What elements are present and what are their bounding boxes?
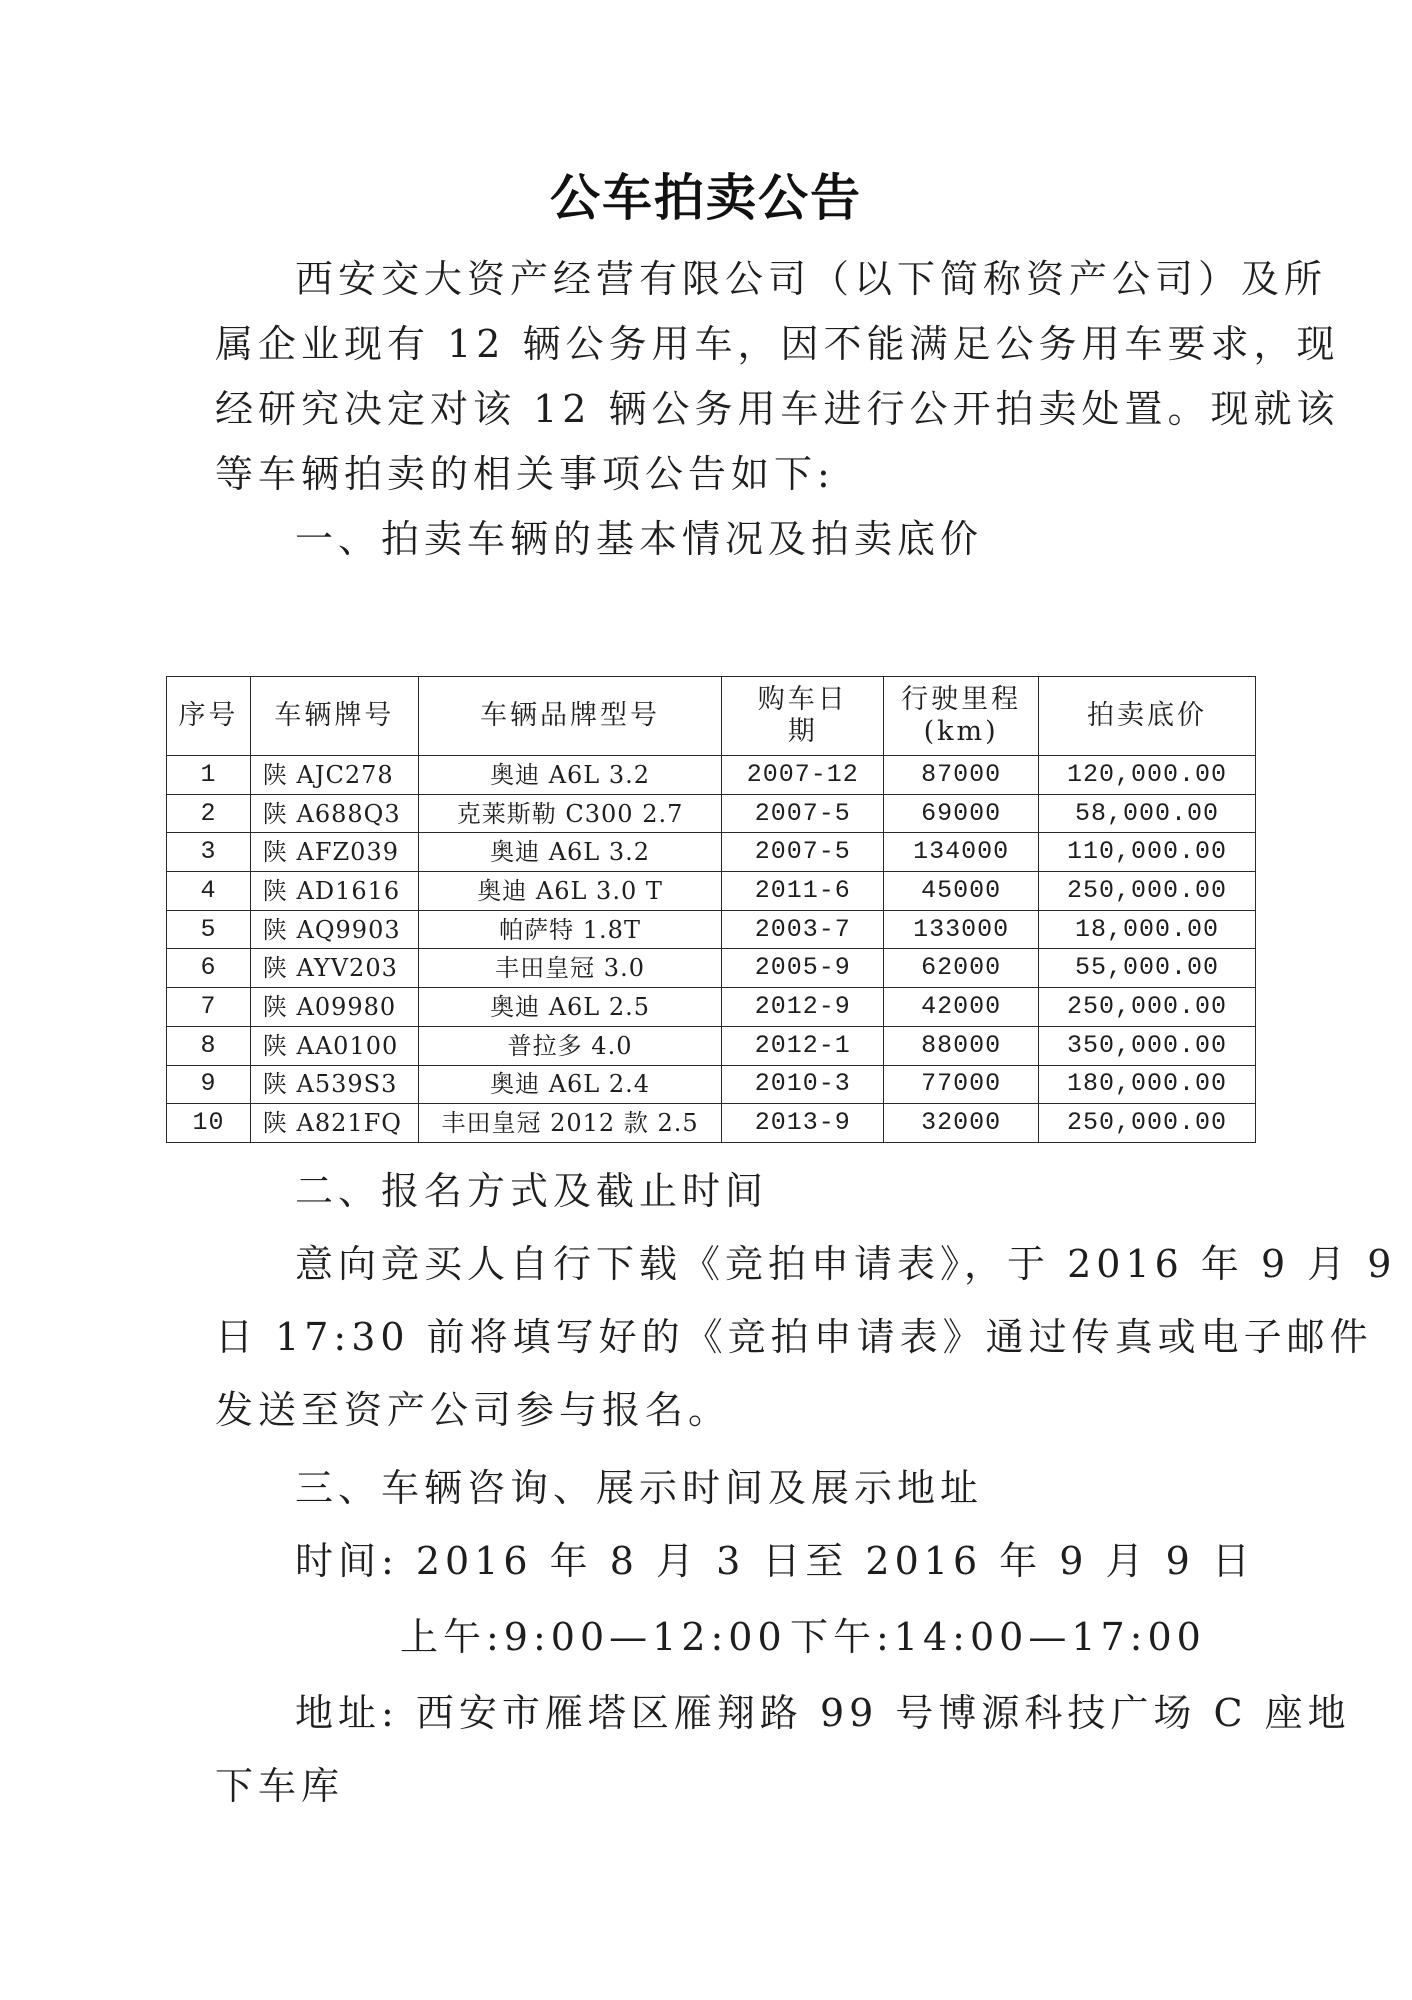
section3-hours-pm: 下午:14:00—17:00 <box>790 1606 1412 1661</box>
table-header-row: 序号 车辆牌号 车辆品牌型号 购车日 期 行驶里程 (km) 拍卖底价 <box>167 677 1256 756</box>
table-row: 6 陕 AYV203 丰田皇冠 3.0 2005-9 62000 55,000.… <box>167 949 1256 988</box>
cell-model: 丰田皇冠 3.0 <box>418 949 722 988</box>
cell-no: 3 <box>167 833 251 872</box>
header-model: 车辆品牌型号 <box>418 677 722 756</box>
header-date-line2: 期 <box>722 716 883 748</box>
section2-line-2: 日 17:30 前将填写好的《竞拍申请表》通过传真或电子邮件 <box>215 1306 1215 1361</box>
section3-address-line-2: 下车库 <box>215 1755 1215 1810</box>
cell-plate: 陕 AFZ039 <box>250 833 418 872</box>
cell-no: 6 <box>167 949 251 988</box>
cell-no: 2 <box>167 794 251 833</box>
cell-model: 奥迪 A6L 3.0 T <box>418 872 722 911</box>
cell-date: 2013-9 <box>722 1104 884 1143</box>
cell-plate: 陕 AD1616 <box>250 872 418 911</box>
cell-plate: 陕 A821FQ <box>250 1104 418 1143</box>
table-row: 10 陕 A821FQ 丰田皇冠 2012 款 2.5 2013-9 32000… <box>167 1104 1256 1143</box>
cell-price: 110,000.00 <box>1039 833 1256 872</box>
intro-line-3: 经研究决定对该 12 辆公务用车进行公开拍卖处置。现就该 <box>215 378 1215 433</box>
cell-plate: 陕 A539S3 <box>250 1065 418 1104</box>
section1-heading: 一、拍卖车辆的基本情况及拍卖底价 <box>295 508 1295 563</box>
header-plate: 车辆牌号 <box>250 677 418 756</box>
cell-mileage: 42000 <box>884 988 1039 1027</box>
cell-mileage: 134000 <box>884 833 1039 872</box>
cell-mileage: 45000 <box>884 872 1039 911</box>
cell-plate: 陕 AA0100 <box>250 1026 418 1065</box>
cell-price: 55,000.00 <box>1039 949 1256 988</box>
header-no: 序号 <box>167 677 251 756</box>
header-mileage-line1: 行驶里程 <box>884 684 1038 716</box>
cell-mileage: 77000 <box>884 1065 1039 1104</box>
document-page: 公车拍卖公告 西安交大资产经营有限公司（以下简称资产公司）及所 属企业现有 12… <box>0 0 1412 2000</box>
cell-price: 250,000.00 <box>1039 1104 1256 1143</box>
cell-plate: 陕 AYV203 <box>250 949 418 988</box>
table-row: 7 陕 A09980 奥迪 A6L 2.5 2012-9 42000 250,0… <box>167 988 1256 1027</box>
cell-model: 奥迪 A6L 2.4 <box>418 1065 722 1104</box>
cell-date: 2005-9 <box>722 949 884 988</box>
table-row: 4 陕 AD1616 奥迪 A6L 3.0 T 2011-6 45000 250… <box>167 872 1256 911</box>
section2-line-1: 意向竞买人自行下载《竞拍申请表》，于 2016 年 9 月 9 <box>295 1233 1295 1288</box>
section2-line-3: 发送至资产公司参与报名。 <box>215 1379 1215 1434</box>
cell-plate: 陕 AQ9903 <box>250 910 418 949</box>
cell-mileage: 69000 <box>884 794 1039 833</box>
cell-date: 2007-12 <box>722 756 884 795</box>
intro-line-2: 属企业现有 12 辆公务用车，因不能满足公务用车要求，现 <box>215 313 1215 368</box>
header-date: 购车日 期 <box>722 677 884 756</box>
cell-model: 奥迪 A6L 3.2 <box>418 833 722 872</box>
cell-price: 250,000.00 <box>1039 872 1256 911</box>
cell-mileage: 87000 <box>884 756 1039 795</box>
cell-no: 7 <box>167 988 251 1027</box>
cell-price: 250,000.00 <box>1039 988 1256 1027</box>
cell-plate: 陕 A688Q3 <box>250 794 418 833</box>
cell-date: 2010-3 <box>722 1065 884 1104</box>
table-row: 2 陕 A688Q3 克莱斯勒 C300 2.7 2007-5 69000 58… <box>167 794 1256 833</box>
header-mileage-line2: (km) <box>884 716 1038 748</box>
cell-model: 普拉多 4.0 <box>418 1026 722 1065</box>
cell-model: 克莱斯勒 C300 2.7 <box>418 794 722 833</box>
document-title: 公车拍卖公告 <box>0 158 1412 230</box>
cell-price: 58,000.00 <box>1039 794 1256 833</box>
cell-no: 8 <box>167 1026 251 1065</box>
header-mileage: 行驶里程 (km) <box>884 677 1039 756</box>
table-row: 1 陕 AJC278 奥迪 A6L 3.2 2007-12 87000 120,… <box>167 756 1256 795</box>
intro-line-4: 等车辆拍卖的相关事项公告如下: <box>215 443 1215 498</box>
intro-line-1: 西安交大资产经营有限公司（以下简称资产公司）及所 <box>295 248 1295 303</box>
table-row: 5 陕 AQ9903 帕萨特 1.8T 2003-7 133000 18,000… <box>167 910 1256 949</box>
cell-no: 9 <box>167 1065 251 1104</box>
cell-mileage: 62000 <box>884 949 1039 988</box>
cell-price: 18,000.00 <box>1039 910 1256 949</box>
cell-mileage: 133000 <box>884 910 1039 949</box>
table-row: 9 陕 A539S3 奥迪 A6L 2.4 2010-3 77000 180,0… <box>167 1065 1256 1104</box>
cell-no: 10 <box>167 1104 251 1143</box>
cell-date: 2007-5 <box>722 794 884 833</box>
cell-model: 丰田皇冠 2012 款 2.5 <box>418 1104 722 1143</box>
cell-price: 120,000.00 <box>1039 756 1256 795</box>
cell-date: 2007-5 <box>722 833 884 872</box>
section2-heading: 二、报名方式及截止时间 <box>295 1160 1295 1215</box>
section3-address-line-1: 地址: 西安市雁塔区雁翔路 99 号博源科技广场 C 座地 <box>295 1682 1295 1737</box>
cell-mileage: 32000 <box>884 1104 1039 1143</box>
table-row: 3 陕 AFZ039 奥迪 A6L 3.2 2007-5 134000 110,… <box>167 833 1256 872</box>
cell-date: 2011-6 <box>722 872 884 911</box>
cell-model: 奥迪 A6L 2.5 <box>418 988 722 1027</box>
cell-price: 180,000.00 <box>1039 1065 1256 1104</box>
section3-time: 时间: 2016 年 8 月 3 日至 2016 年 9 月 9 日 <box>295 1530 1295 1585</box>
cell-plate: 陕 A09980 <box>250 988 418 1027</box>
cell-date: 2012-1 <box>722 1026 884 1065</box>
cell-model: 奥迪 A6L 3.2 <box>418 756 722 795</box>
header-price: 拍卖底价 <box>1039 677 1256 756</box>
cell-no: 4 <box>167 872 251 911</box>
cell-date: 2003-7 <box>722 910 884 949</box>
header-date-line1: 购车日 <box>722 684 883 716</box>
cell-price: 350,000.00 <box>1039 1026 1256 1065</box>
cell-model: 帕萨特 1.8T <box>418 910 722 949</box>
cell-mileage: 88000 <box>884 1026 1039 1065</box>
cell-no: 1 <box>167 756 251 795</box>
cell-no: 5 <box>167 910 251 949</box>
table-row: 8 陕 AA0100 普拉多 4.0 2012-1 88000 350,000.… <box>167 1026 1256 1065</box>
vehicle-table: 序号 车辆牌号 车辆品牌型号 购车日 期 行驶里程 (km) 拍卖底价 1 陕 … <box>166 676 1256 1143</box>
cell-plate: 陕 AJC278 <box>250 756 418 795</box>
section3-heading: 三、车辆咨询、展示时间及展示地址 <box>295 1457 1295 1512</box>
cell-date: 2012-9 <box>722 988 884 1027</box>
